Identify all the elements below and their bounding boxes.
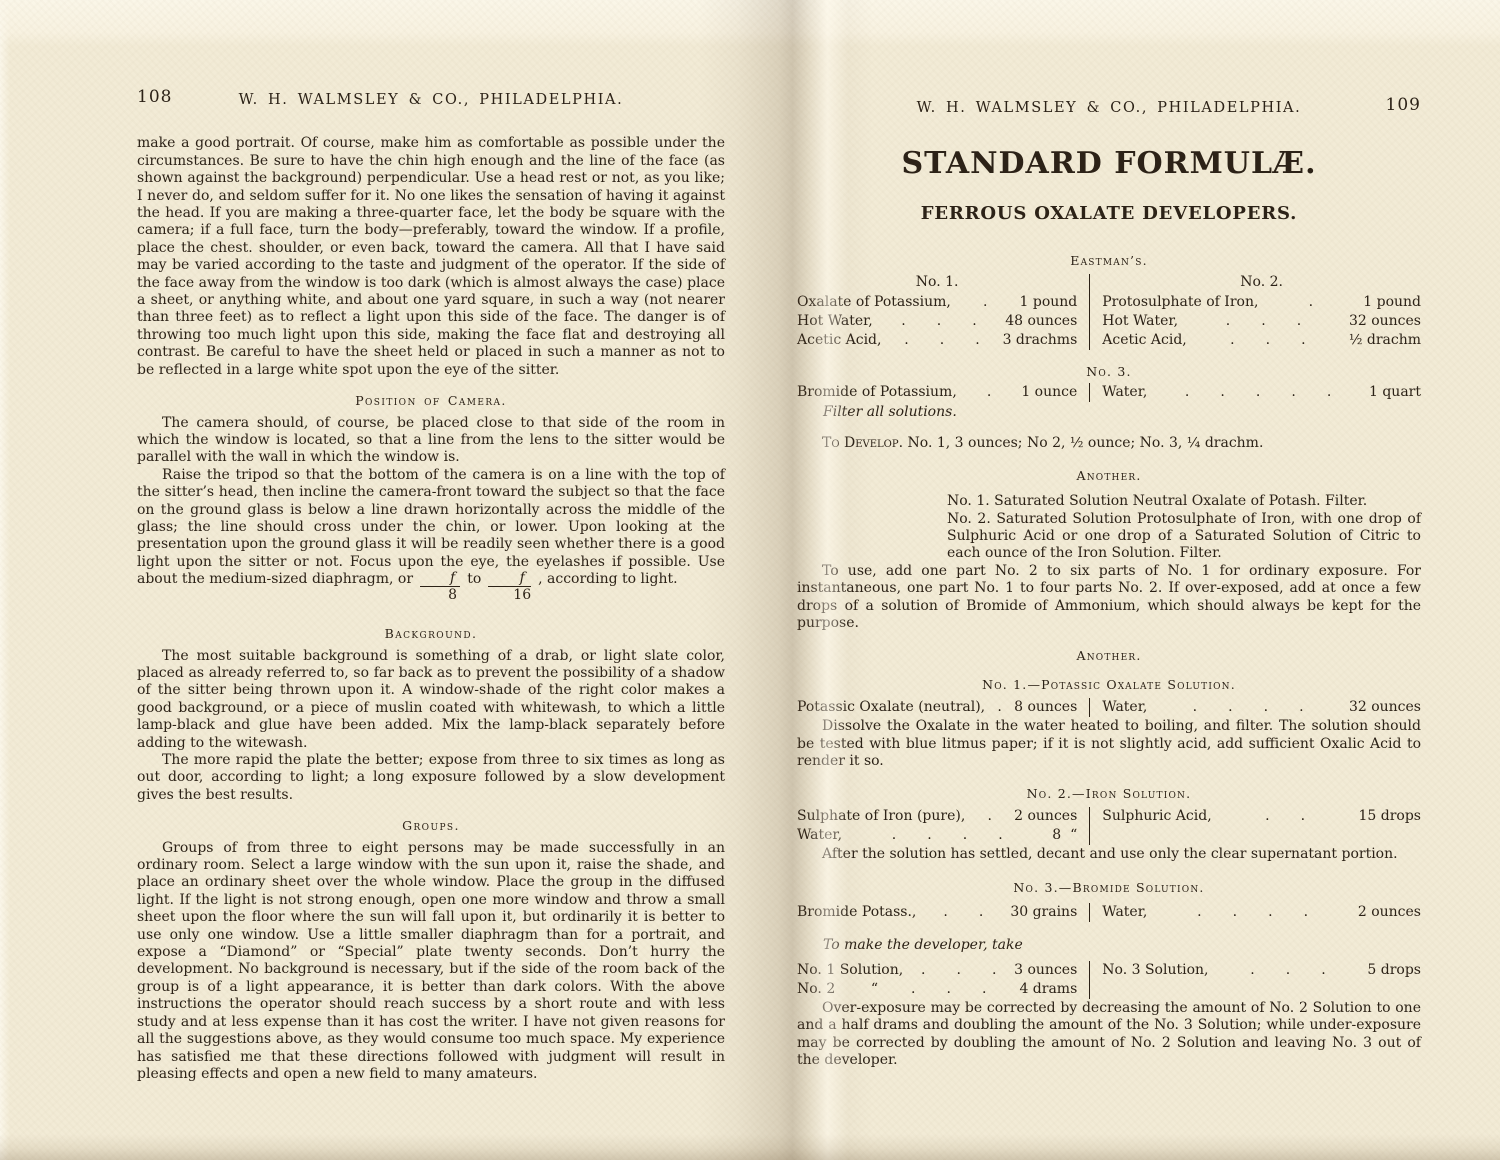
f-stop-fraction-16: f16	[488, 571, 531, 603]
iron-note: After the solution has settled, decant a…	[797, 846, 1421, 863]
chapter-title: STANDARD FORMULÆ.	[797, 155, 1421, 172]
book-scan: 108 W. H. WALMSLEY & CO., PHILADELPHIA. …	[0, 0, 1500, 1160]
page-number-left: 108	[137, 89, 172, 106]
page-bottom-shadow	[0, 1134, 1500, 1160]
page-left-edge	[0, 0, 10, 1160]
running-header-right: W. H. WALMSLEY & CO., PHILADELPHIA. 109	[797, 100, 1421, 117]
formula-row: Acetic Acid,. . .½ drachm	[1102, 331, 1421, 350]
column-heading: No. 2.	[1102, 274, 1421, 291]
f-stop-fraction-8: f8	[420, 571, 460, 603]
develop-instruction: To Develop. No. 1, 3 ounces; No 2, ½ oun…	[797, 435, 1421, 452]
formula-cell: Bromide of Potassium,.1 ounce	[797, 383, 1090, 402]
formula-table-developer: No. 1 Solution,. . .3 ounces No. 2 “. . …	[797, 961, 1421, 999]
formula-row: Sulphate of Iron (pure),.2 ounces	[797, 807, 1077, 826]
formula-row: Oxalate of Potassium,.1 pound	[797, 293, 1077, 312]
section-heading-background: Background.	[137, 625, 725, 642]
running-header-text: W. H. WALMSLEY & CO., PHILADELPHIA.	[239, 92, 624, 108]
formula-row: Acetic Acid,. . .3 drachms	[797, 331, 1077, 350]
paragraph-background-2: The more rapid the plate the better; exp…	[137, 752, 725, 804]
formula-cell: No. 3 Solution,. . .5 drops	[1090, 961, 1421, 999]
formula-column-no2: No. 2. Protosulphate of Iron,.1 pound Ho…	[1090, 274, 1421, 350]
another1-usage: To use, add one part No. 2 to six parts …	[797, 563, 1421, 633]
formula-cell: Sulphate of Iron (pure),.2 ounces Water,…	[797, 807, 1090, 845]
formula-table-eastmans: No. 1. Oxalate of Potassium,.1 pound Hot…	[797, 274, 1421, 350]
formula-cell: Sulphuric Acid,. .15 drops	[1090, 807, 1421, 845]
develop-label: To Develop.	[822, 435, 903, 451]
formula-row: Potassic Oxalate (neutral),.8 ounces	[797, 698, 1077, 717]
left-page: 108 W. H. WALMSLEY & CO., PHILADELPHIA. …	[137, 92, 725, 1083]
paragraph-background-1: The most suitable background is somethin…	[137, 648, 725, 752]
formula-row: Sulphuric Acid,. .15 drops	[1102, 807, 1421, 826]
paragraph-camera-1: The camera should, of course, be placed …	[137, 415, 725, 467]
formula-row: Bromide Potass.,. .30 grains	[797, 903, 1077, 922]
formula-row: Water,. . . .32 ounces	[1102, 698, 1421, 717]
running-header-left: 108 W. H. WALMSLEY & CO., PHILADELPHIA.	[137, 92, 725, 109]
paragraph-groups: Groups of from three to eight persons ma…	[137, 840, 725, 1084]
section-heading-another-2: Another.	[797, 647, 1421, 664]
formula-row: Bromide of Potassium,.1 ounce	[797, 383, 1077, 402]
another1-no1: No. 1. Saturated Solution Neutral Oxalat…	[797, 493, 1421, 510]
formula-table-no3: Bromide of Potassium,.1 ounce Water,. . …	[797, 383, 1421, 402]
page-top-edge	[0, 0, 1500, 46]
formula-cell: Potassic Oxalate (neutral),.8 ounces	[797, 698, 1090, 717]
potassic-note: Dissolve the Oxalate in the water heated…	[797, 718, 1421, 770]
right-page: W. H. WALMSLEY & CO., PHILADELPHIA. 109 …	[797, 100, 1421, 1069]
formula-cell: Water,. . . .2 ounces	[1090, 903, 1421, 922]
formula-row: Hot Water,. . .48 ounces	[797, 312, 1077, 331]
column-heading: No. 1.	[797, 274, 1077, 291]
section-heading-no3: No. 3.	[797, 363, 1421, 380]
page-number-right: 109	[1386, 97, 1421, 114]
formula-table-potassic: Potassic Oxalate (neutral),.8 ounces Wat…	[797, 698, 1421, 717]
section-heading-position-of-camera: Position of Camera.	[137, 392, 725, 409]
section-heading-another-1: Another.	[797, 467, 1421, 484]
paragraph-camera-2: Raise the tripod so that the bottom of t…	[137, 467, 725, 603]
chapter-subtitle: FERROUS OXALATE DEVELOPERS.	[797, 205, 1421, 222]
filter-note: Filter all solutions.	[823, 403, 1421, 422]
formula-row: No. 2 “. . .4 drams	[797, 980, 1077, 999]
formula-table-bromide: Bromide Potass.,. .30 grains Water,. . .…	[797, 903, 1421, 922]
formula-row: Water,. . . .2 ounces	[1102, 903, 1421, 922]
paragraph-intro: make a good portrait. Of course, make hi…	[137, 135, 725, 379]
section-heading-potassic-oxalate: No. 1.—Potassic Oxalate Solution.	[797, 676, 1421, 693]
formula-cell: Bromide Potass.,. .30 grains	[797, 903, 1090, 922]
formula-row: Protosulphate of Iron,.1 pound	[1102, 293, 1421, 312]
formula-row: Water,. . . . .1 quart	[1102, 383, 1421, 402]
formula-row: No. 3 Solution,. . .5 drops	[1102, 961, 1421, 980]
section-heading-eastmans: Eastman’s.	[797, 252, 1421, 269]
another1-no2: No. 2. Saturated Solution Protosulphate …	[797, 511, 1421, 563]
formula-table-iron: Sulphate of Iron (pure),.2 ounces Water,…	[797, 807, 1421, 845]
formula-row: Hot Water,. . .32 ounces	[1102, 312, 1421, 331]
formula-cell: No. 1 Solution,. . .3 ounces No. 2 “. . …	[797, 961, 1090, 999]
formula-row: Water,. . . .8 “	[797, 826, 1077, 845]
section-heading-groups: Groups.	[137, 817, 725, 834]
developer-intro: To make the developer, take	[823, 936, 1421, 955]
formula-cell: Water,. . . .32 ounces	[1090, 698, 1421, 717]
formula-cell: Water,. . . . .1 quart	[1090, 383, 1421, 402]
developer-note: Over-exposure may be corrected by decrea…	[797, 1000, 1421, 1070]
running-header-text: W. H. WALMSLEY & CO., PHILADELPHIA.	[917, 100, 1302, 116]
formula-row: No. 1 Solution,. . .3 ounces	[797, 961, 1077, 980]
section-heading-iron-solution: No. 2.—Iron Solution.	[797, 785, 1421, 802]
formula-column-no1: No. 1. Oxalate of Potassium,.1 pound Hot…	[797, 274, 1090, 350]
section-heading-bromide-solution: No. 3.—Bromide Solution.	[797, 879, 1421, 896]
